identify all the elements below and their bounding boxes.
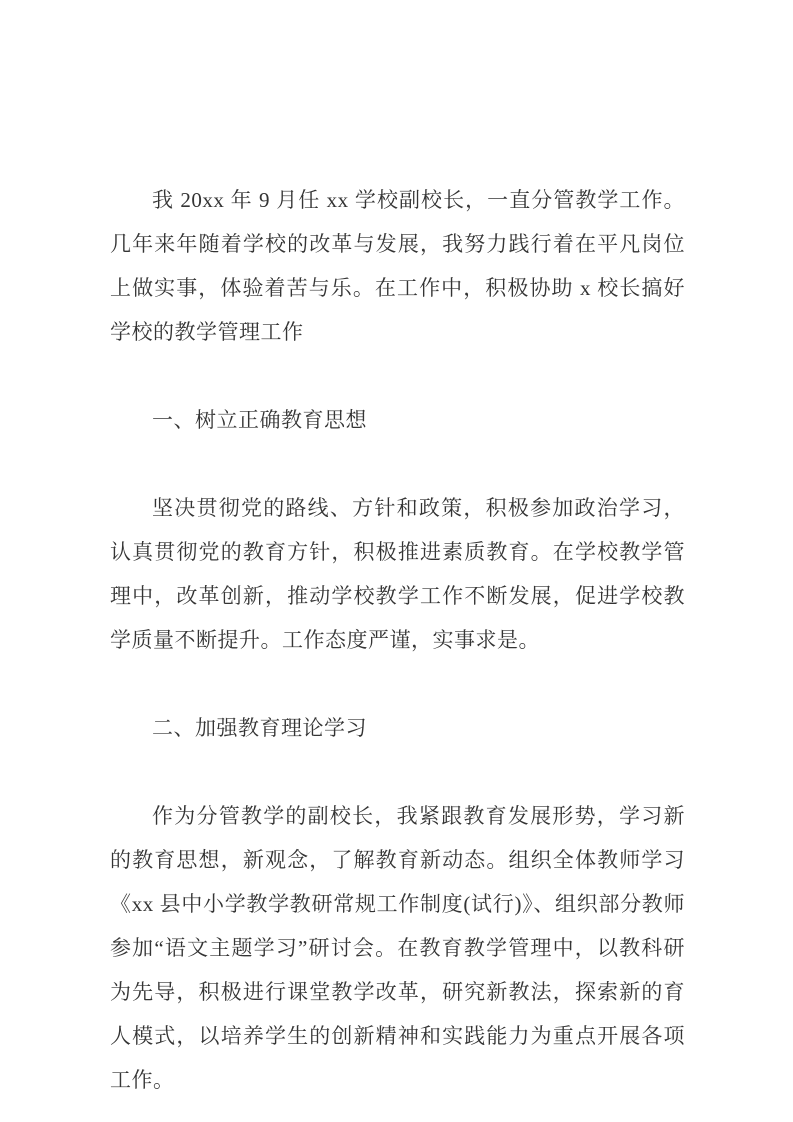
- section-2-paragraph: 作为分管教学的副校长，我紧跟教育发展形势，学习新的教育思想，新观念，了解教育新动…: [110, 794, 685, 1102]
- document-page: 我 20xx 年 9 月任 xx 学校副校长，一直分管教学工作。几年来年随着学校…: [0, 0, 793, 1122]
- intro-paragraph: 我 20xx 年 9 月任 xx 学校副校长，一直分管教学工作。几年来年随着学校…: [110, 178, 685, 354]
- section-heading-2: 二、加强教育理论学习: [110, 706, 685, 750]
- section-1-paragraph: 坚决贯彻党的路线、方针和政策，积极参加政治学习，认真贯彻党的教育方针，积极推进素…: [110, 486, 685, 662]
- document-body: 我 20xx 年 9 月任 xx 学校副校长，一直分管教学工作。几年来年随着学校…: [110, 178, 685, 1102]
- section-heading-1: 一、树立正确教育思想: [110, 398, 685, 442]
